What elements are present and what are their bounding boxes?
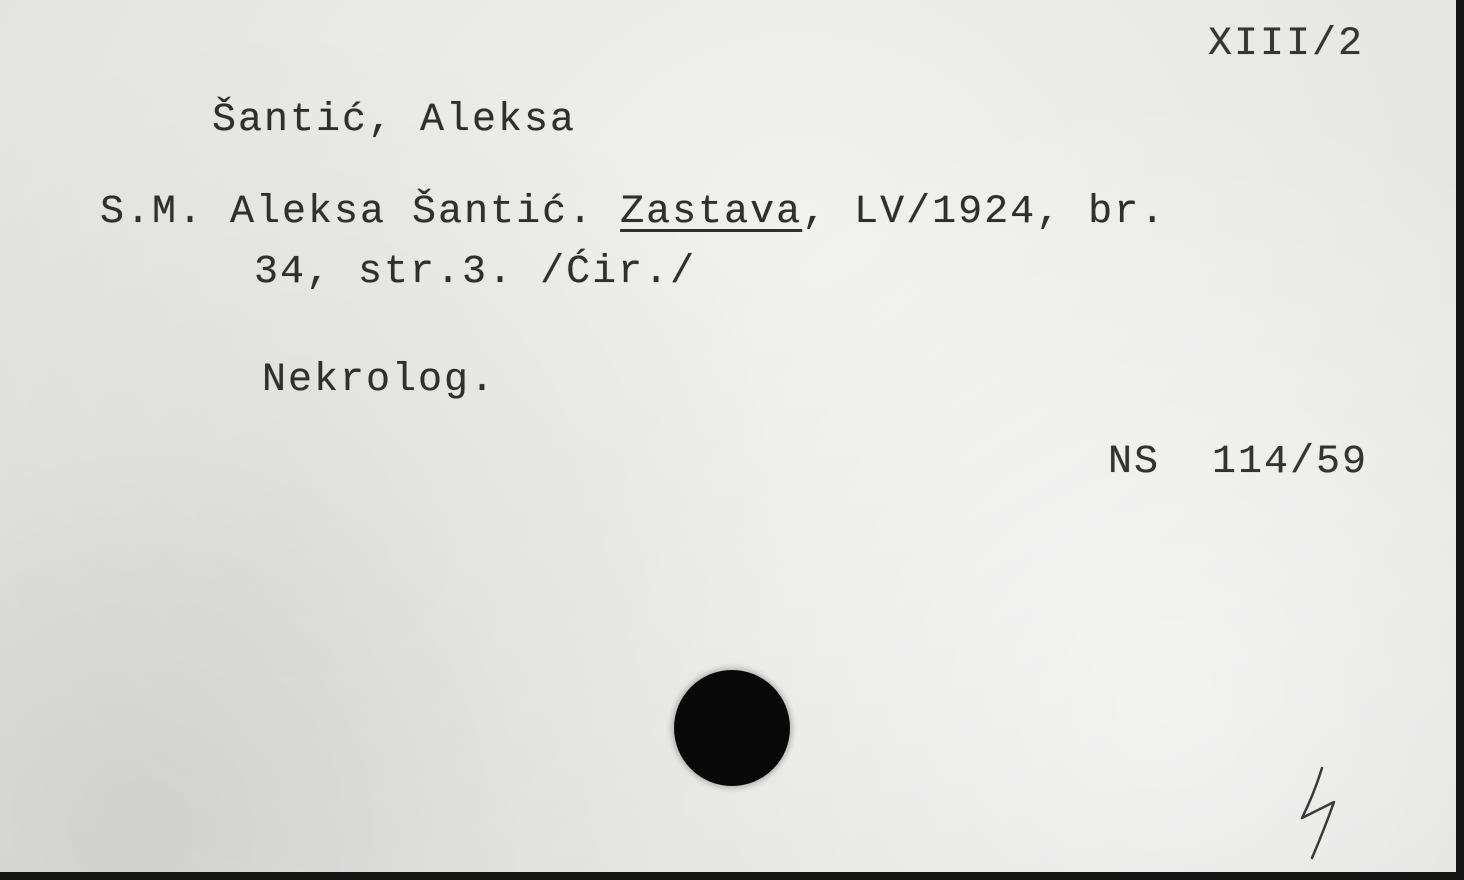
entry-line-2: 34, str.3. /Ćir./ bbox=[254, 250, 696, 295]
punch-hole bbox=[674, 670, 790, 786]
call-number: NS 114/59 bbox=[1108, 440, 1368, 485]
issue-page: 34, str.3. bbox=[254, 250, 514, 295]
call-number-prefix: NS bbox=[1108, 440, 1160, 485]
subject-note: Nekrolog. bbox=[262, 358, 496, 403]
entry-line-1: S.M. Aleksa Šantić. Zastava, LV/1924, br… bbox=[100, 190, 1166, 235]
scan-edge-right bbox=[1456, 0, 1464, 880]
script-note: /Ćir./ bbox=[540, 250, 696, 295]
publication-name: Zastava bbox=[620, 190, 802, 235]
publication-details: , LV/1924, br. bbox=[802, 190, 1166, 235]
entry-prefix: S.M. bbox=[100, 190, 204, 235]
entry-title: Aleksa Šantić. bbox=[230, 190, 594, 235]
author-heading: Šantić, Aleksa bbox=[212, 98, 576, 143]
scan-edge-bottom bbox=[0, 872, 1464, 880]
classification-code: XIII/2 bbox=[1208, 22, 1364, 67]
handwritten-mark-4 bbox=[1300, 760, 1360, 872]
call-number-value: 114/59 bbox=[1212, 440, 1368, 485]
catalog-card: XIII/2 Šantić, Aleksa S.M. Aleksa Šantić… bbox=[0, 0, 1456, 872]
